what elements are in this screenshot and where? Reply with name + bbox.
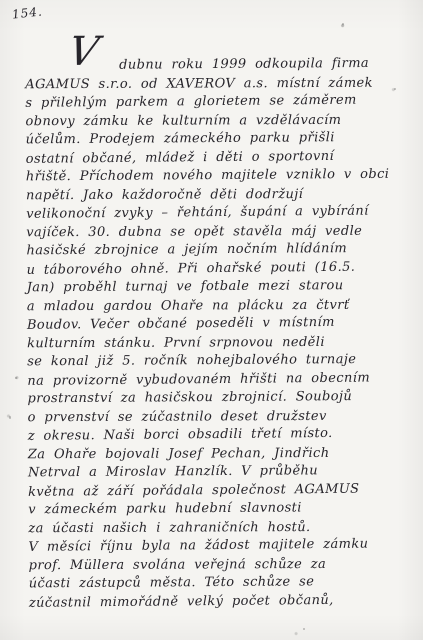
text-line: Netrval a Miroslav Hanzlík. V průběhu: [28, 462, 414, 483]
text-line: na provizorně vybudovaném hřišti na obec…: [27, 369, 413, 391]
scanned-page: 154. V dubnu roku 1999 odkoupila firmaAG…: [0, 0, 423, 640]
text-line: května až září pořádala společnost AGAMU…: [28, 480, 414, 502]
text-line: účelům. Prodejem zámeckého parku přišli: [26, 129, 412, 150]
text-line: účasti zástupců města. Této schůze se: [29, 573, 415, 594]
text-line: velikonoční zvyky – řehtání, šupání a vy…: [26, 202, 412, 224]
text-line: hasičské zbrojnice a jejím nočním hlídán…: [26, 240, 412, 261]
text-line: se konal již 5. ročník nohejbalového tur…: [27, 351, 413, 372]
handwritten-lines: dubnu roku 1999 odkoupila firmaAGAMUS s.…: [25, 55, 415, 613]
text-line: V měsíci říjnu byla na žádost majitele z…: [28, 535, 414, 557]
text-line: hřiště. Příchodem nového majitele vznikl…: [26, 166, 412, 187]
text-line: prostranství za hasičskou zbrojnicí. Sou…: [27, 388, 413, 409]
text-line: Za Ohaře bojovali Josef Pechan, Jindřich: [28, 444, 414, 464]
scan-speck: [15, 377, 17, 379]
handwritten-text-block: V dubnu roku 1999 odkoupila firmaAGAMUS …: [25, 55, 415, 613]
text-line: kulturním stánku. První srpnovou neděli: [27, 333, 413, 353]
text-line: Boudov. Večer občané poseděli v místním: [27, 313, 413, 335]
scan-speck: [394, 88, 396, 90]
text-line: obnovy zámku ke kulturním a vzdělávacím: [25, 111, 411, 131]
text-line: v zámeckém parku hudební slavnosti: [28, 499, 414, 520]
scan-speck: [303, 628, 305, 630]
scan-speck: [342, 23, 344, 25]
text-line: s přilehlým parkem a glorietem se záměre…: [25, 91, 411, 113]
scan-speck: [9, 416, 11, 419]
text-line: u táborového ohně. Při ohařské pouti (16…: [26, 258, 412, 280]
text-line: vajíček. 30. dubna se opět stavěla máj v…: [26, 222, 412, 242]
paragraph-initial-letter: V: [67, 43, 99, 62]
text-line: Jan) proběhl turnaj ve fotbale mezi star…: [27, 277, 413, 298]
page-number: 154.: [11, 4, 43, 21]
text-line: z okresu. Naši borci obsadili třetí míst…: [28, 424, 414, 446]
text-line: prof. Müllera svolána veřejná schůze za: [29, 555, 415, 575]
text-line: zúčastnil mimořádně velký počet občanů,: [29, 591, 415, 613]
text-line: ostatní občané, mládež i děti o sportovn…: [26, 147, 412, 169]
